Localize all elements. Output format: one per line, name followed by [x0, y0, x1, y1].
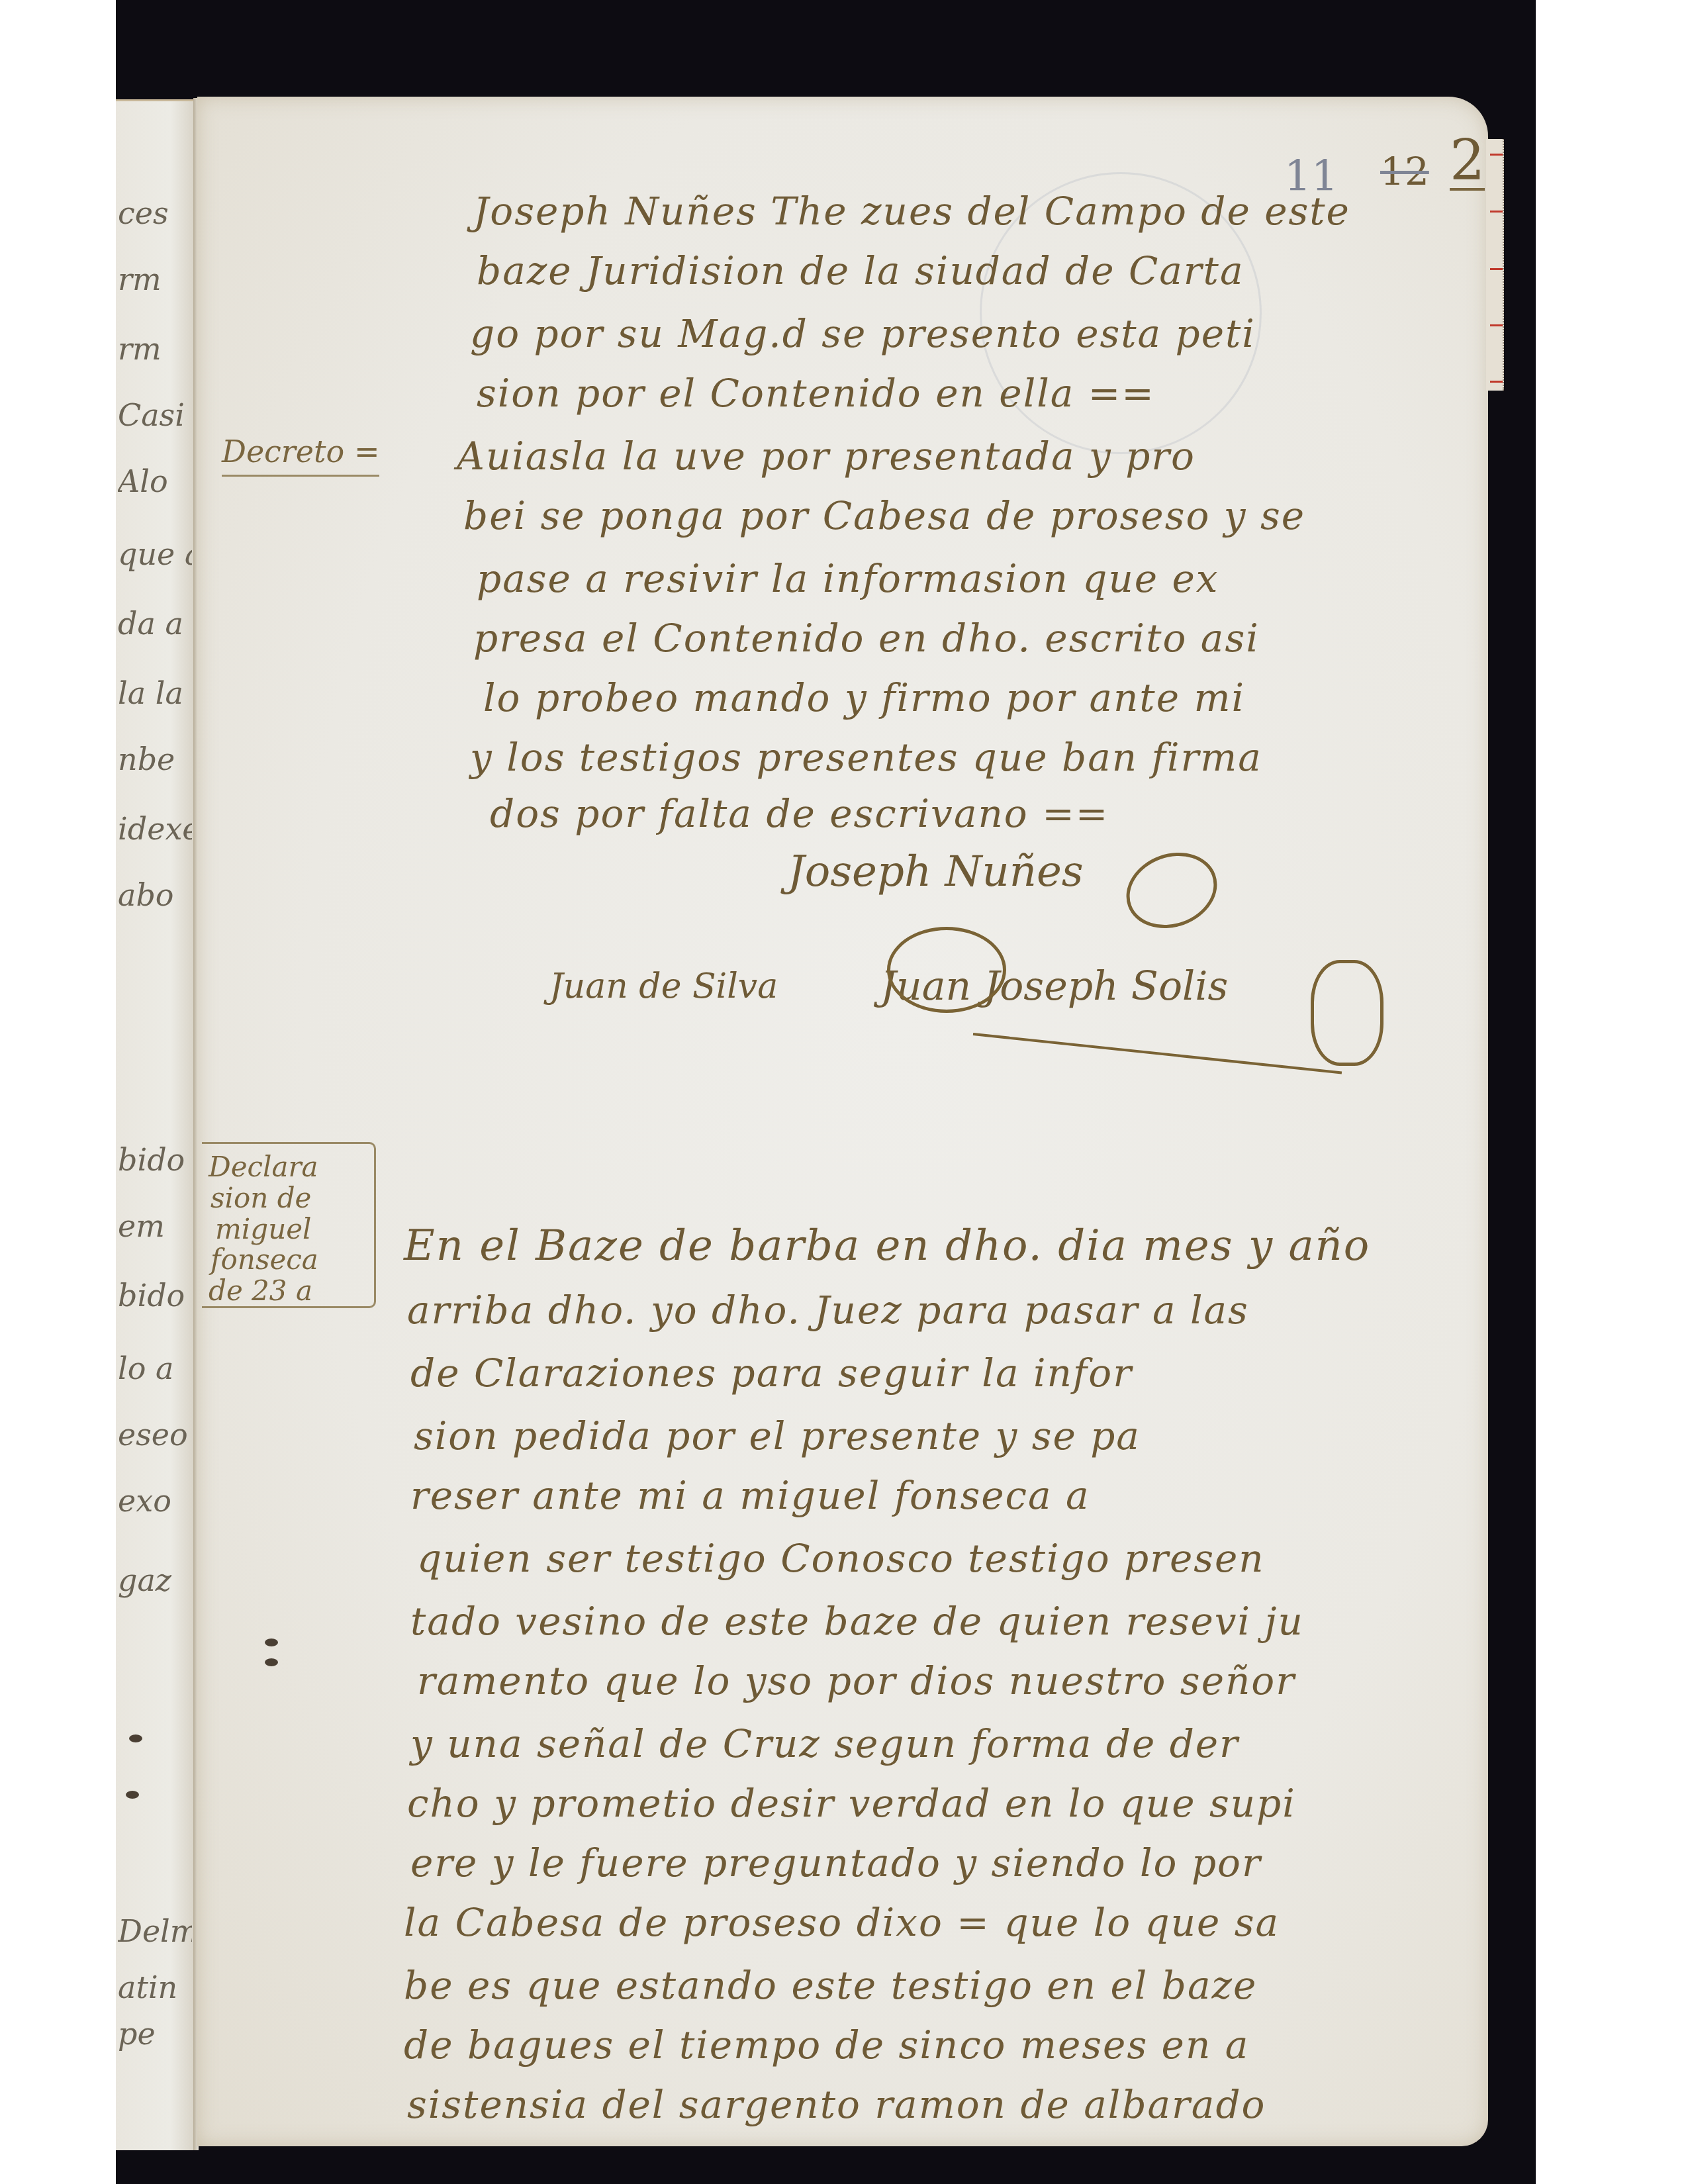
text-line: En el Baze de barba en dho. dia mes y añ… — [404, 1221, 1370, 1270]
fragment-line: Delm — [118, 1913, 192, 1949]
fragment-line: Alo — [118, 463, 192, 499]
binding-hole — [126, 1791, 139, 1799]
fragment-line: nbe — [118, 741, 192, 777]
text-line: presa el Contenido en dho. escrito asi — [473, 616, 1260, 661]
margin-note-line: Declara — [209, 1151, 318, 1183]
text-line: pase a resivir la informasion que ex — [477, 556, 1219, 601]
binding-hole — [265, 1658, 278, 1666]
binding-hole — [265, 1638, 278, 1646]
fragment-line: ces — [118, 195, 192, 231]
binding-hole — [129, 1734, 142, 1742]
signature-witness-left: Juan de Silva — [549, 967, 778, 1006]
fragment-line: bido — [118, 1142, 192, 1178]
signature-joseph-nunes: Joseph Nuñes — [788, 847, 1084, 896]
text-line: quien ser testigo Conosco testigo presen — [417, 1536, 1265, 1581]
margin-note-line: fonseca — [211, 1243, 318, 1276]
text-line: lo probeo mando y firmo por ante mi — [483, 675, 1245, 720]
fragment-line: abo — [118, 877, 192, 913]
text-line: dos por falta de escrivano == — [490, 791, 1109, 836]
margin-note-line: de 23 a — [209, 1274, 312, 1307]
margin-note-decreto: Decreto = — [222, 434, 379, 477]
rubric-knot — [1311, 960, 1383, 1066]
text-line: y los testigos presentes que ban firma — [470, 735, 1262, 780]
text-line: la Cabesa de proseso dixo = que lo que s… — [404, 1900, 1280, 1945]
text-line: reser ante mi a miguel fonseca a — [410, 1473, 1090, 1518]
fragment-line: exo — [118, 1483, 192, 1519]
fragment-line: la la — [118, 675, 192, 711]
text-line: de bagues el tiempo de sinco meses en a — [404, 2022, 1249, 2067]
folio-number-struck: 12 — [1380, 149, 1429, 194]
fragment-line: bido — [118, 1278, 192, 1313]
fragment-line: em — [118, 1208, 192, 1244]
text-line: de Claraziones para seguir la infor — [410, 1351, 1133, 1396]
ruler-tab-strip — [1486, 139, 1504, 391]
text-line: Auiasla la uve por presentada y pro — [457, 434, 1196, 479]
fragment-line: rm — [118, 261, 192, 297]
fragment-line: lo a — [118, 1351, 192, 1386]
fragment-line: que a — [118, 536, 192, 572]
text-line: sistensia del sargento ramon de albarado — [407, 2082, 1266, 2127]
text-line: ere y le fuere preguntado y siendo lo po… — [410, 1840, 1262, 1885]
text-line: arriba dho. yo dho. Juez para pasar a la… — [407, 1288, 1249, 1333]
margin-note-line: sion de — [211, 1182, 311, 1214]
text-line: cho y prometio desir verdad en lo que su… — [407, 1781, 1296, 1826]
fragment-line: eseo — [118, 1417, 192, 1452]
text-line: bei se ponga por Cabesa de proseso y se — [463, 493, 1305, 538]
text-line: ramento que lo yso por dios nuestro seño… — [417, 1658, 1295, 1703]
text-line: tado vesino de este baze de quien resevi… — [410, 1599, 1304, 1644]
text-line: y una señal de Cruz segun forma de der — [410, 1721, 1239, 1766]
text-line: sion por el Contenido en ella == — [477, 371, 1155, 416]
fragment-line: gaz — [118, 1562, 192, 1598]
text-line: sion pedida por el presente y se pa — [414, 1413, 1141, 1458]
rubric-flourish — [887, 927, 1006, 1013]
text-line: baze Juridision de la siudad de Carta — [477, 248, 1244, 293]
text-line: go por su Mag.d se presento esta peti — [470, 311, 1256, 356]
margin-note-line: miguel — [215, 1213, 311, 1245]
fragment-line: idexe — [118, 811, 192, 847]
fragment-line: Casi — [118, 397, 192, 433]
folio-number: 2 — [1450, 132, 1485, 191]
fragment-line: rm — [118, 331, 192, 367]
fragment-line: da a — [118, 606, 192, 641]
fragment-line: atin — [118, 1970, 192, 2005]
text-line: be es que estando este testigo en el baz… — [404, 1963, 1257, 2008]
text-line: Joseph Nuñes The zues del Campo de este — [473, 189, 1350, 234]
fragment-line: pe — [118, 2016, 192, 2052]
